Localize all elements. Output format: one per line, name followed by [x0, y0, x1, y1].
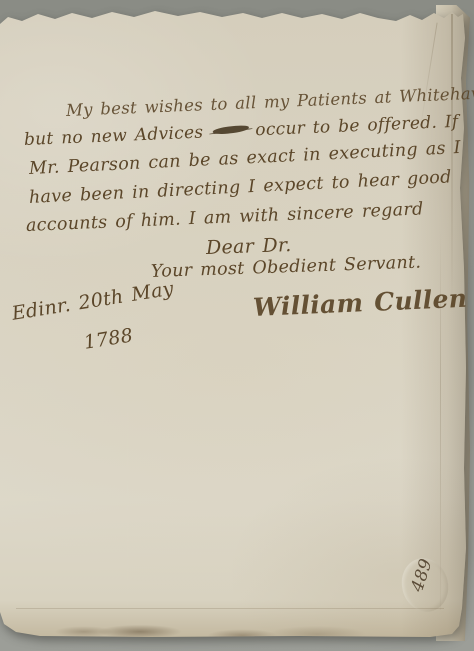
letter-photograph: My best wishes to all my Patients at Whi…: [0, 0, 474, 651]
ink-deletion-scribble: [211, 125, 249, 136]
closing-salutation: Dear Dr.: [206, 234, 292, 259]
